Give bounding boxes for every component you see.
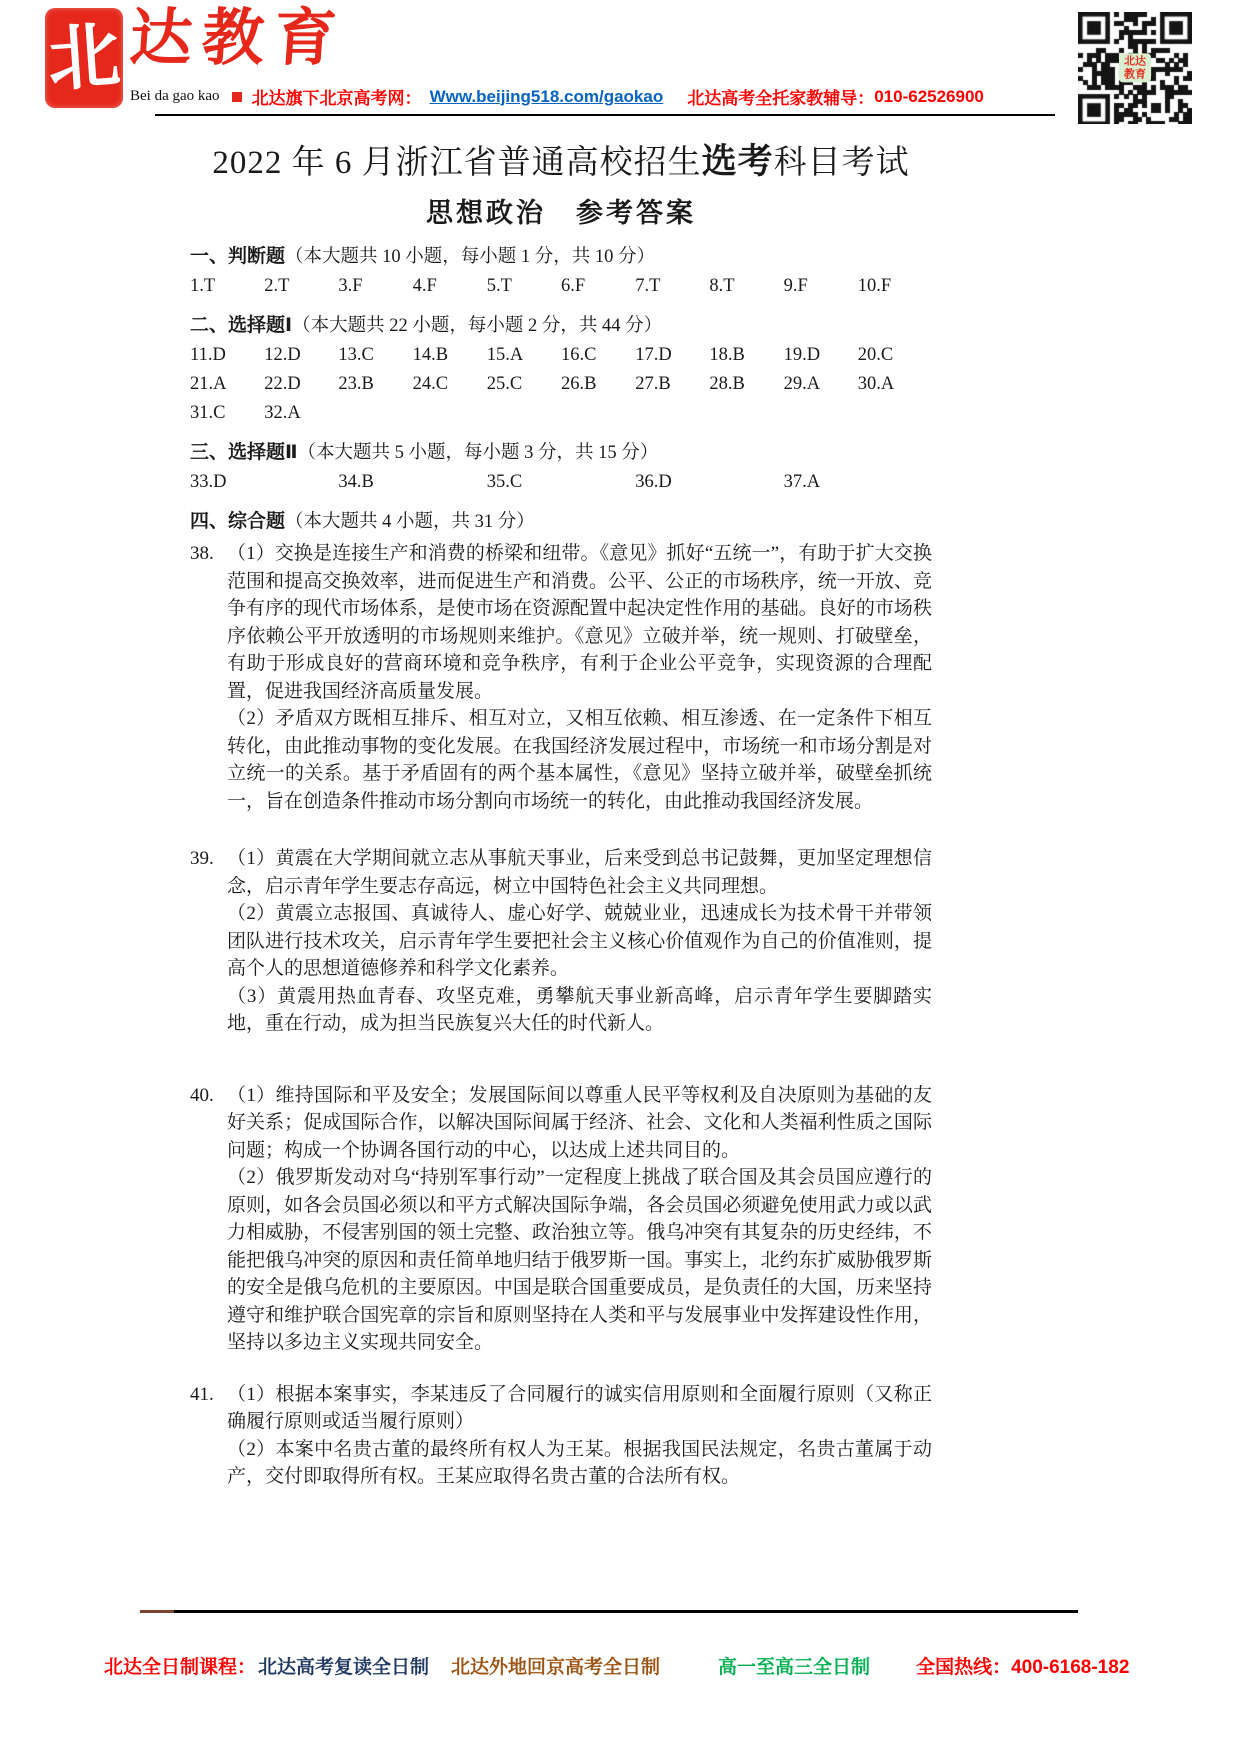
answer-cell: 28.B [709, 371, 783, 398]
answer-cell: 29.A [784, 371, 858, 398]
part-text: 黄震立志报国、真诚待人、虚心好学、兢兢业业，迅速成长为技术骨干并带领团队进行技术… [227, 903, 932, 979]
section-choice2-heading: 三、选择题Ⅱ（本大题共 5 小题，每小题 3 分，共 15 分） [190, 439, 932, 467]
site-link[interactable]: Www.beijing518.com/gaokao [430, 87, 664, 107]
section-choice1-heading: 二、选择题Ⅰ（本大题共 22 小题，每小题 2 分，共 44 分） [190, 312, 932, 340]
answer-cell: 24.C [413, 371, 487, 398]
answer-part: （1）维持国际和平及安全；发展国际间以尊重人民平等权利及自决原则为基础的友好关系… [227, 1082, 932, 1165]
part-text: 本案中名贵古董的最终所有权人为王某。根据我国民法规定，名贵古董属于动产，交付即取… [227, 1439, 932, 1488]
question-number: 40. [190, 1082, 214, 1110]
answer-part: （2）矛盾双方既相互排斥、相互对立，又相互依赖、相互渗透、在一定条件下相互转化，… [227, 705, 932, 815]
answer-cell: 37.A [784, 469, 932, 496]
part-label: （2） [227, 1167, 276, 1188]
question-39: 39. （1）黄震在大学期间就立志从事航天事业，后来受到总书记鼓舞，更加坚定理想… [190, 845, 932, 1038]
qr-code: 北达 教育 [1078, 12, 1192, 124]
part-label: （1） [227, 543, 275, 564]
part-label: （1） [227, 1384, 275, 1405]
part-label: （1） [227, 1085, 275, 1106]
part-label: （1） [227, 848, 275, 869]
qr-label-line1: 北达 [1124, 55, 1146, 68]
answer-cell: 11.D [190, 342, 264, 369]
choice1-answers-row: 31.C 32.A [190, 400, 932, 427]
answer-cell: 25.C [487, 371, 561, 398]
answer-cell: 7.T [635, 273, 709, 300]
footer-info-row: 北达全日制课程： 北达高考复读全日制 北达外地回京高考全日制 高一至高三全日制 … [104, 1652, 1129, 1679]
tutoring-label: 北达高考全托家教辅导： [687, 84, 874, 109]
page-title: 2022 年 6 月浙江省普通高校招生选考科目考试 [190, 140, 932, 185]
footer-hotline: 全国热线：400-6168-182 [916, 1652, 1129, 1679]
question-40: 40. （1）维持国际和平及安全；发展国际间以尊重人民平等权利及自决原则为基础的… [190, 1082, 932, 1357]
answer-cell: 27.B [635, 371, 709, 398]
answer-cell: 32.A [264, 400, 338, 427]
question-number: 41. [190, 1381, 214, 1409]
part-label: （2） [227, 903, 275, 924]
seal-character: 北 [46, 20, 123, 97]
section-title: 三、选择题Ⅱ [190, 442, 298, 463]
answer-part: （2）俄罗斯发动对乌“持别军事行动”一定程度上挑战了联合国及其会员国应遵行的原则… [227, 1164, 932, 1357]
answer-part: （2）黄震立志报国、真诚待人、虚心好学、兢兢业业，迅速成长为技术骨干并带领团队进… [227, 900, 932, 983]
answer-cell: 4.F [413, 273, 487, 300]
section-note: （本大题共 5 小题，每小题 3 分，共 15 分） [298, 443, 659, 463]
part-text: 交换是连接生产和消费的桥梁和纽带。《意见》抓好“五统一”，有助于扩大交换范围和提… [227, 543, 932, 702]
answer-part: （3）黄震用热血青春、攻坚克难，勇攀航天事业新高峰，启示青年学生要脚踏实地，重在… [227, 983, 932, 1038]
answer-cell: 1.T [190, 273, 264, 300]
title-pre: 2022 年 6 月浙江省普通高校招生 [212, 145, 701, 181]
choice2-answers-row: 33.D 34.B 35.C 36.D 37.A [190, 469, 932, 496]
footer-course-grades: 高一至高三全日制 [718, 1652, 870, 1679]
header-info-row: Bei da gao kao 北达旗下北京高考网： Www.beijing518… [130, 84, 984, 109]
part-text: 俄罗斯发动对乌“持别军事行动”一定程度上挑战了联合国及其会员国应遵行的原则，如各… [227, 1167, 932, 1353]
answer-cell: 2.T [264, 273, 338, 300]
answer-part: （1）根据本案事实，李某违反了合同履行的诚实信用原则和全面履行原则（又称正确履行… [227, 1381, 932, 1436]
answer-cell: 6.F [561, 273, 635, 300]
brand-seal-logo: 北 [45, 8, 123, 108]
question-number: 39. [190, 845, 214, 873]
answer-cell: 15.A [487, 342, 561, 369]
section-comprehensive-heading: 四、综合题（本大题共 4 小题，共 31 分） [190, 508, 932, 536]
document-page: 北 达教育 Bei da gao kao 北达旗下北京高考网： Www.beij… [0, 0, 1240, 1754]
answer-cell: 36.D [635, 469, 783, 496]
qr-label-line2: 教育 [1124, 68, 1146, 81]
site-label: 北达旗下北京高考网： [252, 84, 422, 109]
section-note: （本大题共 4 小题，共 31 分） [285, 512, 535, 532]
footer-course-fulltime-repeat: 北达高考复读全日制 [258, 1652, 429, 1679]
answer-cell: 17.D [635, 342, 709, 369]
part-label: （3） [227, 986, 277, 1007]
section-title: 二、选择题Ⅰ [190, 315, 292, 336]
section-judgment-heading: 一、判断题（本大题共 10 小题，每小题 1 分，共 10 分） [190, 243, 932, 271]
judgment-answers-row: 1.T 2.T 3.F 4.F 5.T 6.F 7.T 8.T 9.F 10.F [190, 273, 932, 300]
answer-part: （2）本案中名贵古董的最终所有权人为王某。根据我国民法规定，名贵古董属于动产，交… [227, 1436, 932, 1491]
section-note: （本大题共 10 小题，每小题 1 分，共 10 分） [285, 247, 655, 267]
red-square-icon [232, 92, 242, 102]
part-text: 黄震在大学期间就立志从事航天事业，后来受到总书记鼓舞，更加坚定理想信念，启示青年… [227, 848, 932, 897]
question-number: 38. [190, 540, 214, 568]
answer-cell: 23.B [338, 371, 412, 398]
answer-cell: 26.B [561, 371, 635, 398]
part-label: （2） [227, 708, 275, 729]
tutoring-phone: 010-62526900 [874, 87, 984, 107]
answer-cell: 5.T [487, 273, 561, 300]
qr-center-label: 北达 教育 [1119, 53, 1151, 82]
part-text: 黄震用热血青春、攻坚克难，勇攀航天事业新高峰，启示青年学生要脚踏实地，重在行动，… [227, 986, 932, 1035]
answer-cell: 16.C [561, 342, 635, 369]
answer-cell: 22.D [264, 371, 338, 398]
question-38: 38. （1）交换是连接生产和消费的桥梁和纽带。《意见》抓好“五统一”，有助于扩… [190, 540, 932, 815]
answer-key-content: 2022 年 6 月浙江省普通高校招生选考科目考试 思想政治 参考答案 一、判断… [190, 140, 932, 1491]
answer-cell: 21.A [190, 371, 264, 398]
part-text: 根据本案事实，李某违反了合同履行的诚实信用原则和全面履行原则（又称正确履行原则或… [227, 1384, 932, 1433]
answer-cell: 19.D [784, 342, 858, 369]
question-41: 41. （1）根据本案事实，李某违反了合同履行的诚实信用原则和全面履行原则（又称… [190, 1381, 932, 1491]
page-subtitle: 思想政治 参考答案 [190, 195, 932, 231]
answer-cell: 8.T [709, 273, 783, 300]
answer-cell: 10.F [858, 273, 932, 300]
brand-logo-text: 达教育 [127, 2, 348, 76]
answer-cell: 14.B [413, 342, 487, 369]
answer-cell: 9.F [784, 273, 858, 300]
choice1-answers-row: 21.A 22.D 23.B 24.C 25.C 26.B 27.B 28.B … [190, 371, 932, 398]
answer-cell: 18.B [709, 342, 783, 369]
answer-cell: 33.D [190, 469, 338, 496]
footer-label: 北达全日制课程： [104, 1652, 256, 1679]
answer-cell: 12.D [264, 342, 338, 369]
footer-course-return-beijing: 北达外地回京高考全日制 [451, 1652, 660, 1679]
section-title: 一、判断题 [190, 246, 285, 267]
title-post: 科目考试 [774, 145, 910, 181]
answer-cell: 30.A [858, 371, 932, 398]
header-divider [155, 114, 1055, 116]
section-note: （本大题共 22 小题，每小题 2 分，共 44 分） [292, 316, 662, 336]
choice1-answers-row: 11.D 12.D 13.C 14.B 15.A 16.C 17.D 18.B … [190, 342, 932, 369]
answer-cell: 3.F [338, 273, 412, 300]
part-text: 矛盾双方既相互排斥、相互对立，又相互依赖、相互渗透、在一定条件下相互转化，由此推… [227, 708, 932, 812]
part-label: （2） [227, 1439, 275, 1460]
part-text: 维持国际和平及安全；发展国际间以尊重人民平等权利及自决原则为基础的友好关系；促成… [227, 1085, 932, 1161]
section-title: 四、综合题 [190, 511, 285, 532]
answer-cell: 34.B [338, 469, 486, 496]
title-emphasis: 选考 [702, 142, 774, 181]
answer-cell: 13.C [338, 342, 412, 369]
footer-divider [140, 1610, 1078, 1613]
brand-tagline: Bei da gao kao [130, 88, 220, 105]
answer-cell: 35.C [487, 469, 635, 496]
answer-part: （1）黄震在大学期间就立志从事航天事业，后来受到总书记鼓舞，更加坚定理想信念，启… [227, 845, 932, 900]
answer-cell: 31.C [190, 400, 264, 427]
answer-cell: 20.C [858, 342, 932, 369]
answer-part: （1）交换是连接生产和消费的桥梁和纽带。《意见》抓好“五统一”，有助于扩大交换范… [227, 540, 932, 705]
